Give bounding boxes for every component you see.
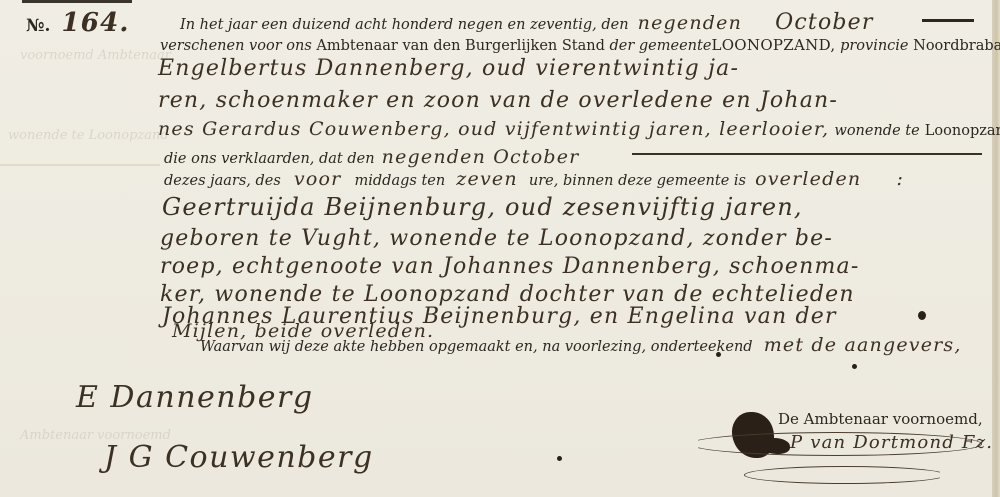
- closing-line: Waarvan wij deze akte hebben opgemaakt e…: [200, 334, 962, 356]
- deceased-name-line: Geertruijda Beijnenburg, oud zesenvijfti…: [162, 193, 803, 221]
- handwritten-deceased-word: overleden: [755, 168, 861, 190]
- ink-dot: [852, 364, 857, 369]
- number-value: 164.: [62, 8, 130, 38]
- municipality-name: LOONOPZAND,: [711, 36, 835, 54]
- fill-dash: [922, 19, 974, 22]
- number-label: №.: [26, 16, 50, 36]
- signature-declarant-1: E Dannenberg: [76, 380, 314, 415]
- ghost-text: voornoemd Ambtenaar: [20, 48, 171, 63]
- record-line-5: nes Gerardus Couwenberg, oud vijfentwint…: [158, 118, 1000, 140]
- record-line-3: Engelbertus Dannenberg, oud vierentwinti…: [158, 56, 739, 81]
- province-name: Noordbrabant: [913, 38, 1000, 54]
- record-line-7: dezes jaars, des voor middags ten zeven …: [164, 168, 904, 190]
- signature-official: P van Dortmond Fz.: [790, 432, 993, 453]
- ink-dot: [557, 456, 562, 461]
- ghost-text: wonende te Loonopzand: [8, 128, 169, 143]
- death-record-page: voornoemd Ambtenaar wonende te Loonopzan…: [0, 0, 1000, 497]
- signature-declarant-2: J G Couwenberg: [104, 440, 374, 475]
- record-line-1: In het jaar een duizend acht honderd neg…: [180, 10, 874, 35]
- top-border-bar: [22, 0, 132, 3]
- ink-dot: [716, 352, 721, 357]
- record-number: №. 164.: [26, 8, 130, 38]
- official-label: De Ambtenaar voornoemd,: [778, 410, 983, 428]
- ink-dot: [918, 311, 926, 320]
- page-edge: [992, 0, 1000, 497]
- paper-fold: [0, 164, 160, 166]
- record-line-10: roep, echtgenoote van Johannes Dannenber…: [160, 254, 860, 279]
- handwritten-day: negenden: [638, 12, 742, 34]
- record-line-9: geboren te Vught, wonende te Loonopzand,…: [160, 226, 833, 251]
- fill-dash: [632, 153, 982, 155]
- record-line-2: verschenen voor ons Ambtenaar van den Bu…: [160, 36, 1000, 54]
- signature-underline-flourish: [744, 466, 946, 484]
- handwritten-month: October: [775, 10, 873, 35]
- record-line-6: die ons verklaarden, dat den negenden Oc…: [164, 146, 579, 168]
- record-line-4: ren, schoenmaker en zoon van de overlede…: [158, 88, 838, 113]
